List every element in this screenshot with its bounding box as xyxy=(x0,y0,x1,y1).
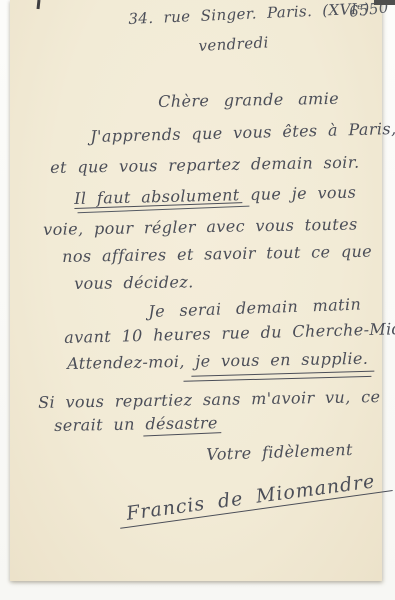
emphasized-word: désastre xyxy=(145,413,218,433)
signature: Francis de Miomandre xyxy=(125,470,377,525)
body-line-6: vous décidez. xyxy=(74,272,194,293)
body-line-9: Attendez-moi, je vous en supplie. xyxy=(67,349,368,373)
signature-name: Francis de Miomandre xyxy=(125,470,377,525)
body-line-11-plain: serait un xyxy=(54,414,146,435)
body-line-1: J'apprends que vous êtes à Paris, xyxy=(90,119,395,146)
letter-paper: 34. rue Singer. Paris. (XVIᵉ) 6550 vendr… xyxy=(10,0,382,581)
closing: Votre fidèlement xyxy=(206,440,353,464)
body-line-11: serait un désastre xyxy=(54,413,218,435)
date-line: vendredi xyxy=(198,33,269,55)
letter-scan: 34. rue Singer. Paris. (XVIᵉ) 6550 vendr… xyxy=(0,0,395,600)
body-line-9-plain: Attendez-moi, xyxy=(67,352,195,373)
emphasized-phrase: Il faut absolument xyxy=(74,185,240,208)
body-line-2: et que vous repartez demain soir. xyxy=(50,153,360,177)
salutation: Chère grande amie xyxy=(158,89,339,111)
body-line-3: Il faut absolument que je vous xyxy=(74,183,356,208)
body-line-3-rest: que je vous xyxy=(239,183,356,205)
body-line-7: Je serai demain matin xyxy=(148,295,361,321)
body-line-8: avant 10 heures rue du Cherche-Midi. xyxy=(64,319,395,347)
body-line-10: Si vous repartiez sans m'avoir vu, ce xyxy=(38,387,381,412)
scan-background-strip xyxy=(374,0,395,5)
body-line-5: nos affaires et savoir tout ce que xyxy=(62,242,372,266)
address-line: 34. rue Singer. Paris. (XVIᵉ) xyxy=(128,0,370,28)
body-line-4: voie, pour régler avec vous toutes xyxy=(43,215,358,239)
emphasized-plea: je vous en supplie. xyxy=(195,349,368,371)
